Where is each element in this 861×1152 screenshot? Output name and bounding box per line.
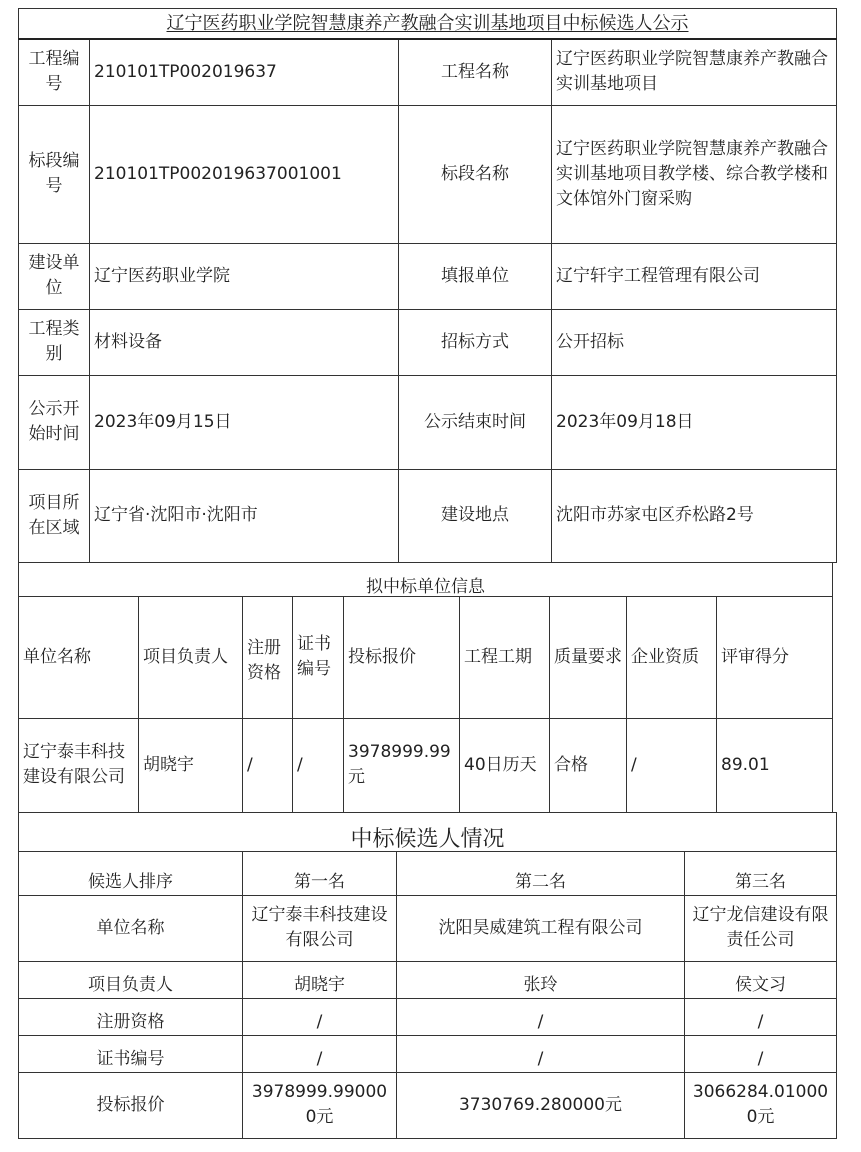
winner-certificate: / (293, 718, 344, 812)
builder-value: 辽宁医药职业学院 (90, 243, 399, 309)
header-cell: 企业资质 (627, 596, 717, 718)
reporter-value: 辽宁轩宇工程管理有限公司 (552, 243, 837, 309)
project-no-label: 工程编号 (19, 39, 90, 105)
section-name-label: 标段名称 (399, 105, 552, 243)
bid-method-label: 招标方式 (399, 309, 552, 375)
rank-row: 候选人排序 第一名 第二名 第三名 (19, 851, 837, 895)
candidates-section-title-row: 中标候选人情况 (19, 812, 837, 851)
end-label: 公示结束时间 (399, 375, 552, 469)
candidate-1-manager: 胡晓宇 (243, 961, 397, 998)
section-no-label: 标段编号 (19, 105, 90, 243)
header-cell: 工程工期 (460, 596, 550, 718)
project-info-table: 辽宁医药职业学院智慧康养产教融合实训基地项目中标候选人公示 工程编号 21010… (18, 8, 837, 563)
location-value: 沈阳市苏家屯区乔松路2号 (552, 469, 837, 562)
project-name-label: 工程名称 (399, 39, 552, 105)
candidate-1-bid-price: 3978999.990000元 (243, 1072, 397, 1138)
winner-duration: 40日历天 (460, 718, 550, 812)
project-name-value: 辽宁医药职业学院智慧康养产教融合实训基地项目 (552, 39, 837, 105)
info-row-section: 标段编号 210101TP002019637001001 标段名称 辽宁医药职业… (19, 105, 837, 243)
winner-info-table: 拟中标单位信息 单位名称 项目负责人 注册资格 证书编号 投标报价 工程工期 质… (18, 562, 833, 813)
region-value: 辽宁省·沈阳市·沈阳市 (90, 469, 399, 562)
region-label: 项目所在区域 (19, 469, 90, 562)
header-cell: 质量要求 (550, 596, 627, 718)
winner-score: 89.01 (717, 718, 833, 812)
bid-announcement-document: 辽宁医药职业学院智慧康养产教融合实训基地项目中标候选人公示 工程编号 21010… (18, 8, 836, 1139)
candidate-3-company: 辽宁龙信建设有限责任公司 (685, 895, 837, 961)
candidates-table: 中标候选人情况 候选人排序 第一名 第二名 第三名 单位名称 辽宁泰丰科技建设有… (18, 812, 837, 1139)
candidate-2-manager: 张玲 (397, 961, 685, 998)
info-row-dates: 公示开始时间 2023年09月15日 公示结束时间 2023年09月18日 (19, 375, 837, 469)
candidate-2-registration: / (397, 998, 685, 1035)
header-cell: 评审得分 (717, 596, 833, 718)
candidate-1-registration: / (243, 998, 397, 1035)
candidate-3-manager: 侯文习 (685, 961, 837, 998)
start-value: 2023年09月15日 (90, 375, 399, 469)
builder-label: 建设单位 (19, 243, 90, 309)
candidate-registration-row: 注册资格 / / / (19, 998, 837, 1035)
title-row: 辽宁医药职业学院智慧康养产教融合实训基地项目中标候选人公示 (19, 9, 837, 40)
header-cell: 项目负责人 (139, 596, 243, 718)
candidate-1-certificate: / (243, 1035, 397, 1072)
info-row-region: 项目所在区域 辽宁省·沈阳市·沈阳市 建设地点 沈阳市苏家屯区乔松路2号 (19, 469, 837, 562)
winner-bid-price: 3978999.99元 (344, 718, 460, 812)
info-row-builder: 建设单位 辽宁医药职业学院 填报单位 辽宁轩宇工程管理有限公司 (19, 243, 837, 309)
header-cell: 注册资格 (243, 596, 293, 718)
location-label: 建设地点 (399, 469, 552, 562)
rank-second: 第二名 (397, 851, 685, 895)
row-label: 单位名称 (19, 895, 243, 961)
bid-method-value: 公开招标 (552, 309, 837, 375)
reporter-label: 填报单位 (399, 243, 552, 309)
rank-third: 第三名 (685, 851, 837, 895)
candidate-bid-price-row: 投标报价 3978999.990000元 3730769.280000元 306… (19, 1072, 837, 1138)
row-label: 投标报价 (19, 1072, 243, 1138)
winner-header-row: 单位名称 项目负责人 注册资格 证书编号 投标报价 工程工期 质量要求 企业资质… (19, 596, 833, 718)
candidates-section-title: 中标候选人情况 (351, 827, 505, 852)
header-cell: 证书编号 (293, 596, 344, 718)
start-label: 公示开始时间 (19, 375, 90, 469)
winner-data-row: 辽宁泰丰科技建设有限公司 胡晓宇 / / 3978999.99元 40日历天 合… (19, 718, 833, 812)
project-no-value: 210101TP002019637 (90, 39, 399, 105)
info-row-project: 工程编号 210101TP002019637 工程名称 辽宁医药职业学院智慧康养… (19, 39, 837, 105)
page-title: 辽宁医药职业学院智慧康养产教融合实训基地项目中标候选人公示 (167, 13, 689, 34)
row-label: 项目负责人 (19, 961, 243, 998)
winner-section-title: 拟中标单位信息 (366, 577, 485, 597)
header-cell: 投标报价 (344, 596, 460, 718)
winner-quality: 合格 (550, 718, 627, 812)
candidate-2-bid-price: 3730769.280000元 (397, 1072, 685, 1138)
header-cell: 单位名称 (19, 596, 139, 718)
winner-company: 辽宁泰丰科技建设有限公司 (19, 718, 139, 812)
row-label: 证书编号 (19, 1035, 243, 1072)
candidate-company-row: 单位名称 辽宁泰丰科技建设有限公司 沈阳昊威建筑工程有限公司 辽宁龙信建设有限责… (19, 895, 837, 961)
candidate-1-company: 辽宁泰丰科技建设有限公司 (243, 895, 397, 961)
category-value: 材料设备 (90, 309, 399, 375)
candidate-3-certificate: / (685, 1035, 837, 1072)
winner-manager: 胡晓宇 (139, 718, 243, 812)
section-name-value: 辽宁医药职业学院智慧康养产教融合实训基地项目教学楼、综合教学楼和文体馆外门窗采购 (552, 105, 837, 243)
rank-label: 候选人排序 (19, 851, 243, 895)
candidate-3-bid-price: 3066284.010000元 (685, 1072, 837, 1138)
winner-section-title-row: 拟中标单位信息 (19, 562, 833, 596)
section-no-value: 210101TP002019637001001 (90, 105, 399, 243)
candidate-3-registration: / (685, 998, 837, 1035)
info-row-category: 工程类别 材料设备 招标方式 公开招标 (19, 309, 837, 375)
candidate-2-company: 沈阳昊威建筑工程有限公司 (397, 895, 685, 961)
candidate-certificate-row: 证书编号 / / / (19, 1035, 837, 1072)
row-label: 注册资格 (19, 998, 243, 1035)
candidate-2-certificate: / (397, 1035, 685, 1072)
rank-first: 第一名 (243, 851, 397, 895)
end-value: 2023年09月18日 (552, 375, 837, 469)
category-label: 工程类别 (19, 309, 90, 375)
winner-qualification: / (627, 718, 717, 812)
winner-registration: / (243, 718, 293, 812)
candidate-manager-row: 项目负责人 胡晓宇 张玲 侯文习 (19, 961, 837, 998)
